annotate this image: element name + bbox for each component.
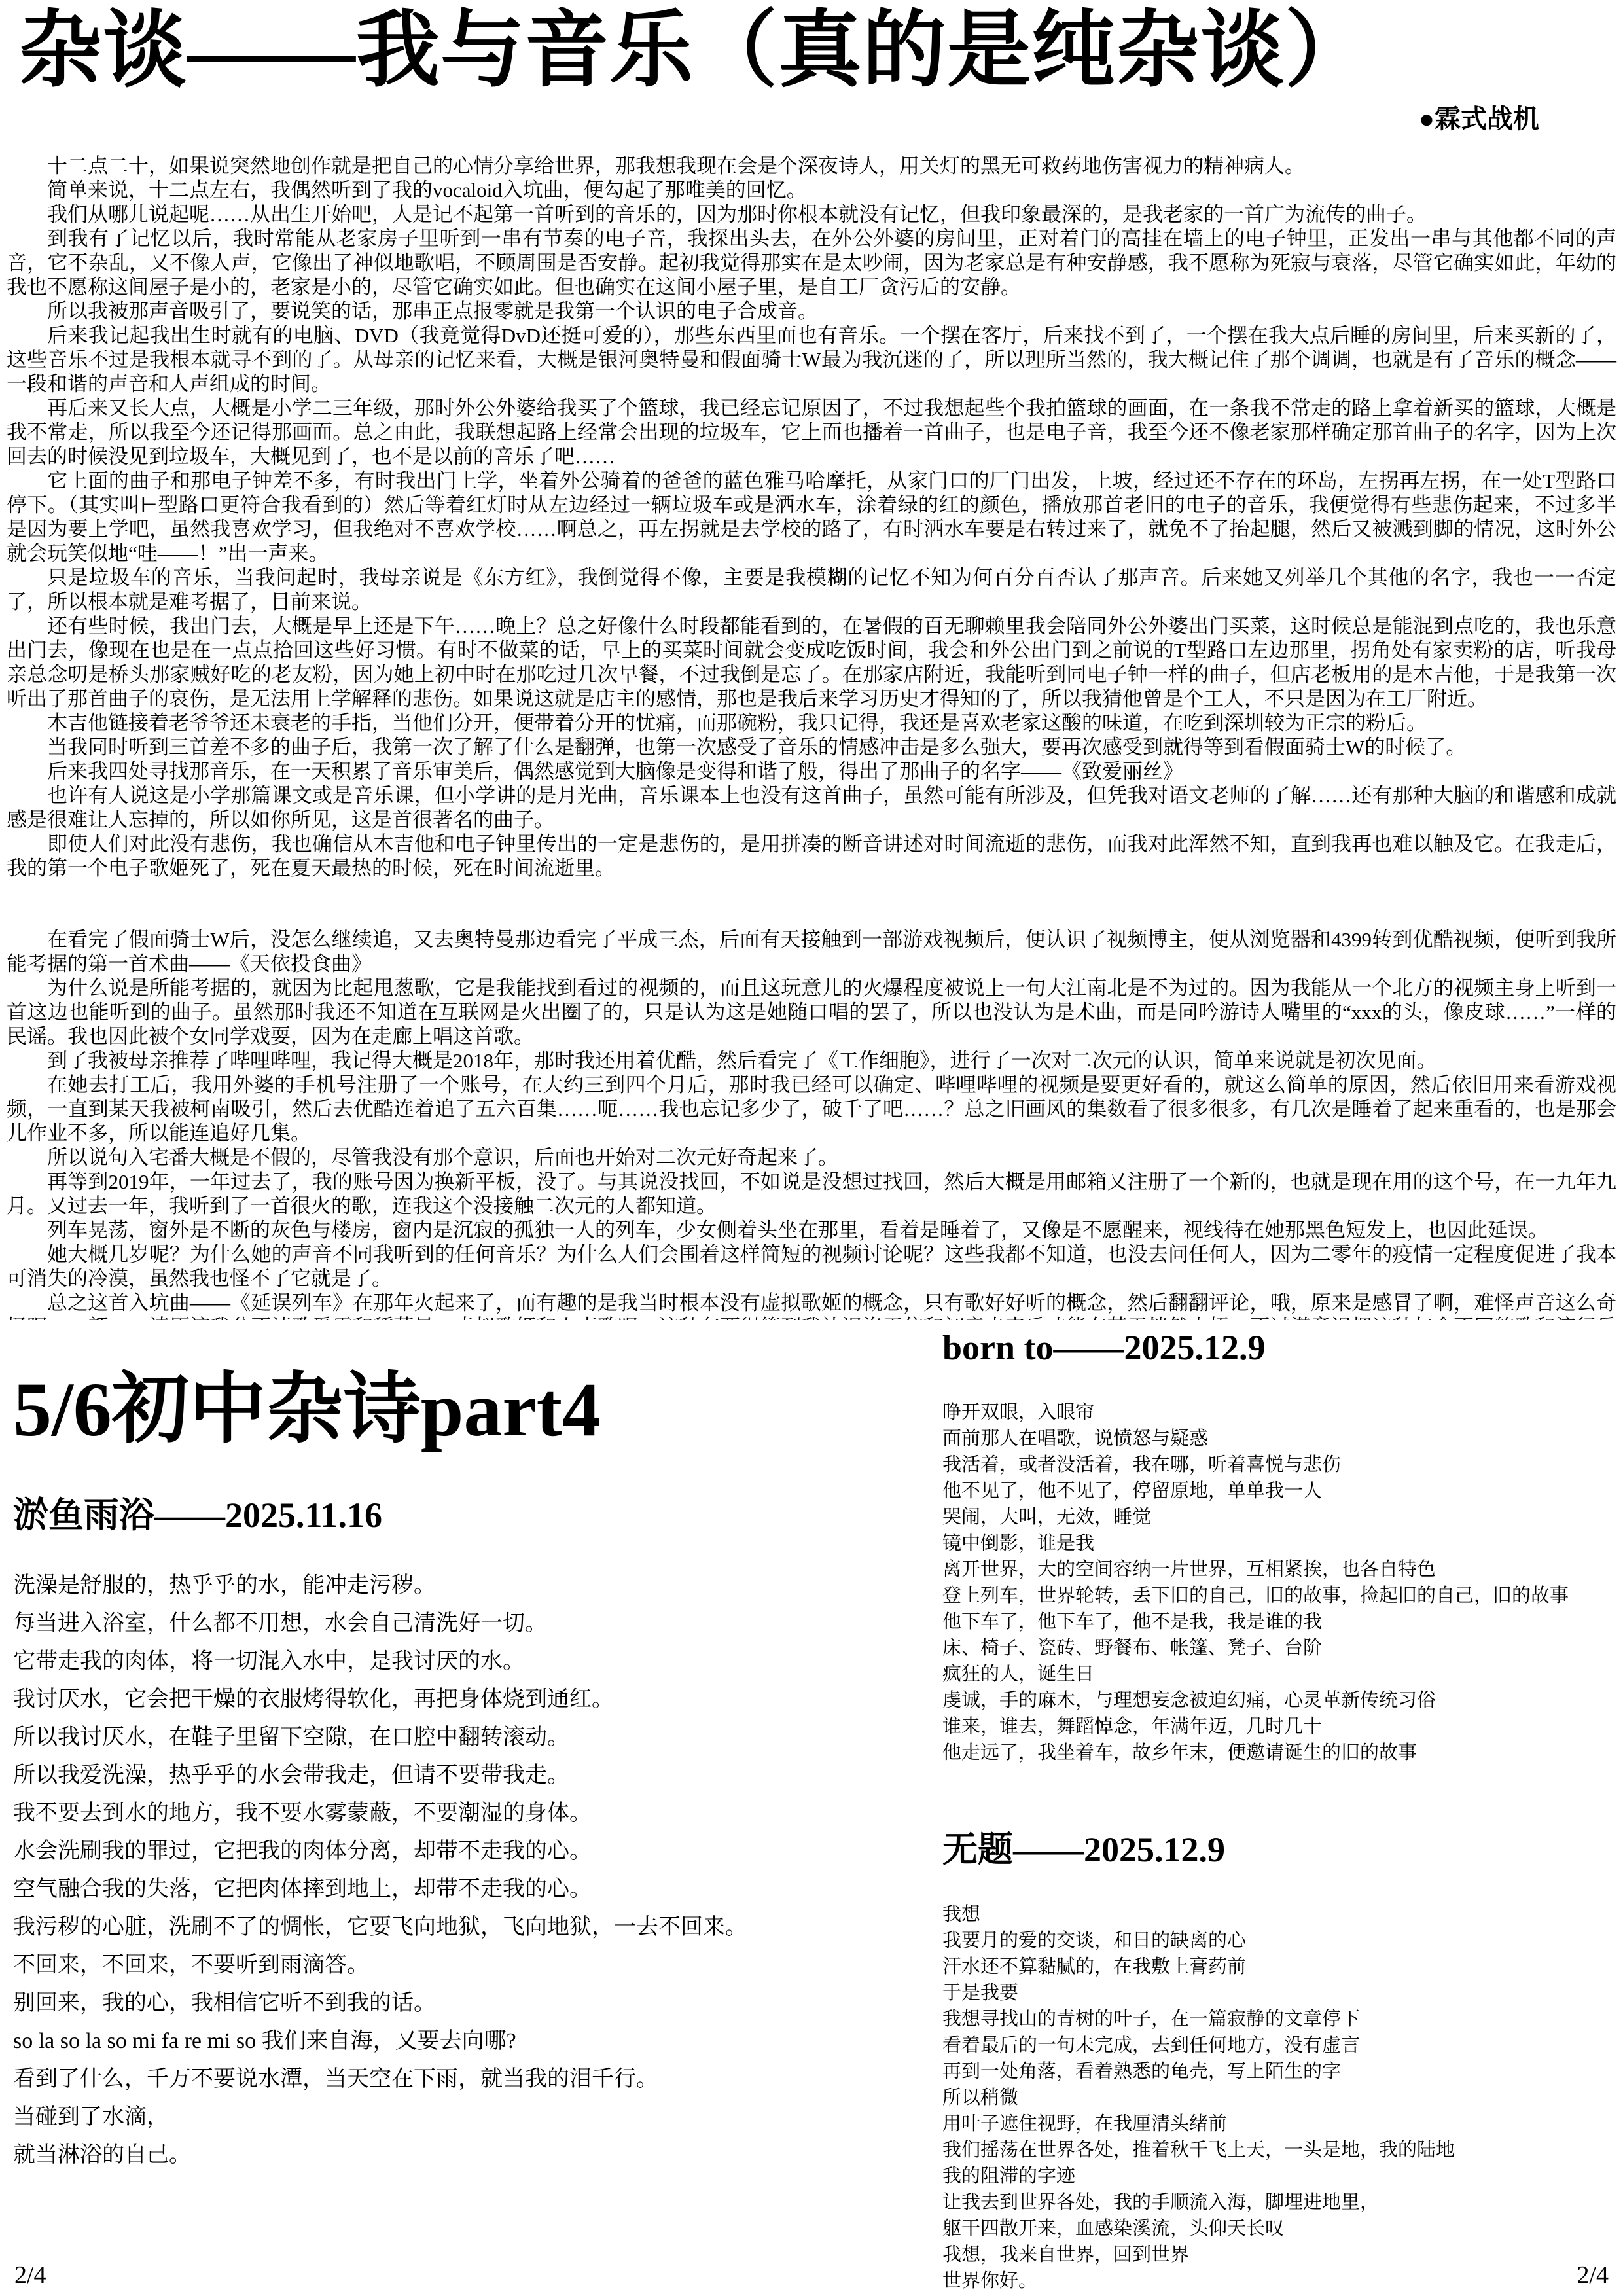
poem-line: 躯干四散开来，血感染溪流，头仰天长叹 <box>942 2215 1610 2242</box>
poem-line: so la so la so mi fa re mi so 我们来自海，又要去向… <box>13 2022 903 2060</box>
essay-paragraph: 她大概几岁呢？为什么她的声音不同我听到的任何音乐？为什么人们会围着这样简短的视频… <box>7 1242 1616 1291</box>
poem-line: 哭闹，大叫，无效，睡觉 <box>942 1504 1610 1530</box>
essay-paragraph: 所以说句入宅番大概是不假的，尽管我没有那个意识，后面也开始对二次元好奇起来了。 <box>7 1145 1616 1170</box>
poem-line: 让我去到世界各处，我的手顺流入海，脚埋进地里， <box>942 2189 1610 2215</box>
essay-body: 十二点二十，如果说突然地创作就是把自己的心情分享给世界，那我想我现在会是个深夜诗… <box>0 154 1623 1320</box>
poem-line: 世界你好。 <box>942 2268 1610 2294</box>
page-title: 杂谈——我与音乐（真的是纯杂谈） <box>18 7 1605 94</box>
essay-paragraph: 到我有了记忆以后，我时常能从老家房子里听到一串有节奏的电子音，我探出头去，在外公… <box>7 226 1616 299</box>
poem-line: 空气融合我的失落，它把肉体摔到地上，却带不走我的心。 <box>13 1871 903 1909</box>
poem-title: 淤鱼雨浴——2025.11.16 <box>13 1494 903 1537</box>
poem-line: 再到一处角落，看着熟悉的龟壳，写上陌生的字 <box>942 2058 1610 2085</box>
poem-title: 无题——2025.12.9 <box>942 1829 1610 1871</box>
section-heading: 5/6初中杂诗part4 <box>13 1367 903 1452</box>
poem-line: 水会洗刷我的罪过，它把我的肉体分离，却带不走我的心。 <box>13 1833 903 1871</box>
poem-line: 我不要去到水的地方，我不要水雾蒙蔽，不要潮湿的身体。 <box>13 1795 903 1833</box>
poem-line: 看到了什么，千万不要说水潭，当天空在下雨，就当我的泪千行。 <box>13 2060 903 2098</box>
poem-line: 他不见了，他不见了，停留原地，单单我一人 <box>942 1478 1610 1504</box>
essay-paragraph: 到了我被母亲推荐了哔哩哔哩，我记得大概是2018年，那时我还用着优酷，然后看完了… <box>7 1049 1616 1073</box>
poem-line: 我要月的爱的交谈，和日的缺离的心 <box>942 1928 1610 1954</box>
essay-paragraph: 当我同时听到三首差不多的曲子后，我第一次了解了什么是翻弹，也第一次感受了音乐的情… <box>7 735 1616 759</box>
essay-paragraph: 所以我被那声音吸引了，要说笑的话，那串正点报零就是我第一个认识的电子合成音。 <box>7 299 1616 323</box>
essay-paragraph: 它上面的曲子和那电子钟差不多，有时我出门上学，坐着外公骑着的爸爸的蓝色雅马哈摩托… <box>7 469 1616 565</box>
poem-line: 疯狂的人，诞生日 <box>942 1661 1610 1687</box>
poems-section: 5/6初中杂诗part4 淤鱼雨浴——2025.11.16 洗澡是舒服的，热乎乎… <box>0 1327 1623 2294</box>
essay-paragraph: 后来我四处寻找那音乐，在一天积累了音乐审美后，偶然感觉到大脑像是变得和谐了般，得… <box>7 759 1616 783</box>
poem-line: 登上列车，世界轮转，丢下旧的自己，旧的故事，捡起旧的自己，旧的故事 <box>942 1583 1610 1609</box>
poem-line: 面前那人在唱歌，说愤怒与疑惑 <box>942 1426 1610 1452</box>
poem-line: 洗澡是舒服的，热乎乎的水，能冲走污秽。 <box>13 1567 903 1605</box>
essay-paragraph: 再等到2019年，一年过去了，我的账号因为换新平板，没了。与其说没找回，不如说是… <box>7 1170 1616 1218</box>
poem-line: 所以我讨厌水，在鞋子里留下空隙，在口腔中翻转滚动。 <box>13 1719 903 1757</box>
essay-paragraph: 还有些时候，我出门去，大概是早上还是下午……晚上？总之好像什么时段都能看到的，在… <box>7 614 1616 711</box>
poem-line: 所以我爱洗澡，热乎乎的水会带我走，但请不要带我走。 <box>13 1757 903 1795</box>
poem-line: 所以稍微 <box>942 2085 1610 2111</box>
poem-lines: 洗澡是舒服的，热乎乎的水，能冲走污秽。 每当进入浴室，什么都不用想，水会自己清洗… <box>13 1567 903 2174</box>
essay-paragraph: 列车晃荡，窗外是不断的灰色与楼房，窗内是沉寂的孤独一人的列车，少女侧着头坐在那里… <box>7 1218 1616 1242</box>
poem-line: 他走远了，我坐着车，故乡年末，便邀请诞生的旧的故事 <box>942 1740 1610 1766</box>
essay-paragraph: 再后来又长大点，大概是小学二三年级，那时外公外婆给我买了个篮球，我已经忘记原因了… <box>7 396 1616 469</box>
poem-line: 用叶子遮住视野，在我厘清头绪前 <box>942 2111 1610 2137</box>
page-number-left: 2/4 <box>14 2261 46 2289</box>
poem-line: 睁开双眼，入眼帘 <box>942 1399 1610 1426</box>
poem-line: 镜中倒影，谁是我 <box>942 1530 1610 1556</box>
poem-line: 于是我要 <box>942 1980 1610 2006</box>
essay-paragraph: 十二点二十，如果说突然地创作就是把自己的心情分享给世界，那我想我现在会是个深夜诗… <box>7 154 1616 178</box>
poems-left-column: 5/6初中杂诗part4 淤鱼雨浴——2025.11.16 洗澡是舒服的，热乎乎… <box>13 1327 903 2174</box>
poem-line: 我活着，或者没活着，我在哪，听着喜悦与悲伤 <box>942 1452 1610 1478</box>
poem-line: 汗水还不算黏腻的，在我敷上膏药前 <box>942 1954 1610 1980</box>
poem-line: 我想，我来自世界，回到世界 <box>942 2242 1610 2268</box>
poem-line: 我污秽的心脏，洗刷不了的惆怅，它要飞向地狱，飞向地狱，一去不回来。 <box>13 1909 903 1946</box>
poem-line: 看着最后的一句未完成，去到任何地方，没有虚言 <box>942 2032 1610 2058</box>
poem-line: 每当进入浴室，什么都不用想，水会自己清洗好一切。 <box>13 1605 903 1643</box>
document-page: 杂谈——我与音乐（真的是纯杂谈） ●霖式战机 十二点二十，如果说突然地创作就是把… <box>0 0 1623 2296</box>
poem-line: 我的阻滞的字迹 <box>942 2163 1610 2189</box>
essay-paragraph: 我们从哪儿说起呢……从出生开始吧，人是记不起第一首听到的音乐的，因为那时你根本就… <box>7 202 1616 226</box>
poem-untitled: 无题——2025.12.9 我想 我要月的爱的交谈，和日的缺离的心 汗水还不算黏… <box>942 1829 1610 2294</box>
essay-paragraph: 在看完了假面骑士W后，没怎么继续追，又去奥特曼那边看完了平成三杰，后面有天接触到… <box>7 927 1616 976</box>
poem-lines: 睁开双眼，入眼帘 面前那人在唱歌，说愤怒与疑惑 我活着，或者没活着，我在哪，听着… <box>942 1399 1610 1766</box>
essay-paragraph: 即使人们对此没有悲伤，我也确信从木吉他和电子钟里传出的一定是悲伤的，是用拼凑的断… <box>7 832 1616 880</box>
poem-line: 床、椅子、瓷砖、野餐布、帐篷、凳子、台阶 <box>942 1635 1610 1661</box>
poem-born-to: born to——2025.12.9 睁开双眼，入眼帘 面前那人在唱歌，说愤怒与… <box>942 1327 1610 1766</box>
poems-right-column: born to——2025.12.9 睁开双眼，入眼帘 面前那人在唱歌，说愤怒与… <box>942 1327 1610 2294</box>
author-byline: ●霖式战机 <box>18 94 1605 135</box>
poem-line: 我讨厌水，它会把干燥的衣服烤得软化，再把身体烧到通红。 <box>13 1681 903 1719</box>
page-number-right: 2/4 <box>1577 2261 1609 2289</box>
poem-line: 就当淋浴的自己。 <box>13 2136 903 2174</box>
poem-line: 我想 <box>942 1901 1610 1928</box>
essay-paragraph: 总之这首入坑曲——《延误列车》在那年火起来了，而有趣的是我当时根本没有虚拟歌姬的… <box>7 1291 1616 1320</box>
poem-title: born to——2025.12.9 <box>942 1327 1610 1369</box>
poem-line: 别回来，我的心，我相信它听不到我的话。 <box>13 1984 903 2022</box>
poem-line: 我想寻找山的青树的叶子，在一篇寂静的文章停下 <box>942 2006 1610 2032</box>
poem-line: 谁来，谁去，舞蹈悼念，年满年迈，几时几十 <box>942 1713 1610 1740</box>
poem-yuyuyuyu: 淤鱼雨浴——2025.11.16 洗澡是舒服的，热乎乎的水，能冲走污秽。 每当进… <box>13 1494 903 2174</box>
poem-lines: 我想 我要月的爱的交谈，和日的缺离的心 汗水还不算黏腻的，在我敷上膏药前 于是我… <box>942 1901 1610 2294</box>
essay-paragraph: 只是垃圾车的音乐，当我问起时，我母亲说是《东方红》，我倒觉得不像，主要是我模糊的… <box>7 565 1616 614</box>
essay-paragraph: 木吉他链接着老爷爷还未衰老的手指，当他们分开，便带着分开的忧痛，而那碗粉，我只记… <box>7 711 1616 735</box>
poem-line: 我们摇荡在世界各处，推着秋千飞上天，一头是地，我的陆地 <box>942 2137 1610 2163</box>
poem-line: 当碰到了水滴， <box>13 2098 903 2136</box>
poem-line: 离开世界，大的空间容纳一片世界，互相紧挨，也各自特色 <box>942 1556 1610 1583</box>
essay-paragraph: 简单来说，十二点左右，我偶然听到了我的vocaloid入坑曲，便勾起了那唯美的回… <box>7 178 1616 202</box>
poem-line: 他下车了，他下车了，他不是我，我是谁的我 <box>942 1609 1610 1635</box>
essay-paragraph: 也许有人说这是小学那篇课文或是音乐课，但小学讲的是月光曲，音乐课本上也没有这首曲… <box>7 783 1616 832</box>
document-header: 杂谈——我与音乐（真的是纯杂谈） ●霖式战机 <box>0 0 1623 135</box>
essay-paragraph: 为什么说是所能考据的，就因为比起甩葱歌，它是我能找到看过的视频的，而且这玩意儿的… <box>7 976 1616 1049</box>
essay-paragraph: 在她去打工后，我用外婆的手机号注册了一个账号，在大约三到四个月后，那时我已经可以… <box>7 1073 1616 1145</box>
essay-paragraph: 后来我记起我出生时就有的电脑、DVD（我竟觉得DvD还挺可爱的），那些东西里面也… <box>7 323 1616 396</box>
poem-line: 不回来，不回来，不要听到雨滴答。 <box>13 1946 903 1984</box>
poem-line: 虔诚，手的麻木，与理想妄念被迫幻痛，心灵革新传统习俗 <box>942 1687 1610 1713</box>
poem-line: 它带走我的肉体，将一切混入水中，是我讨厌的水。 <box>13 1643 903 1681</box>
